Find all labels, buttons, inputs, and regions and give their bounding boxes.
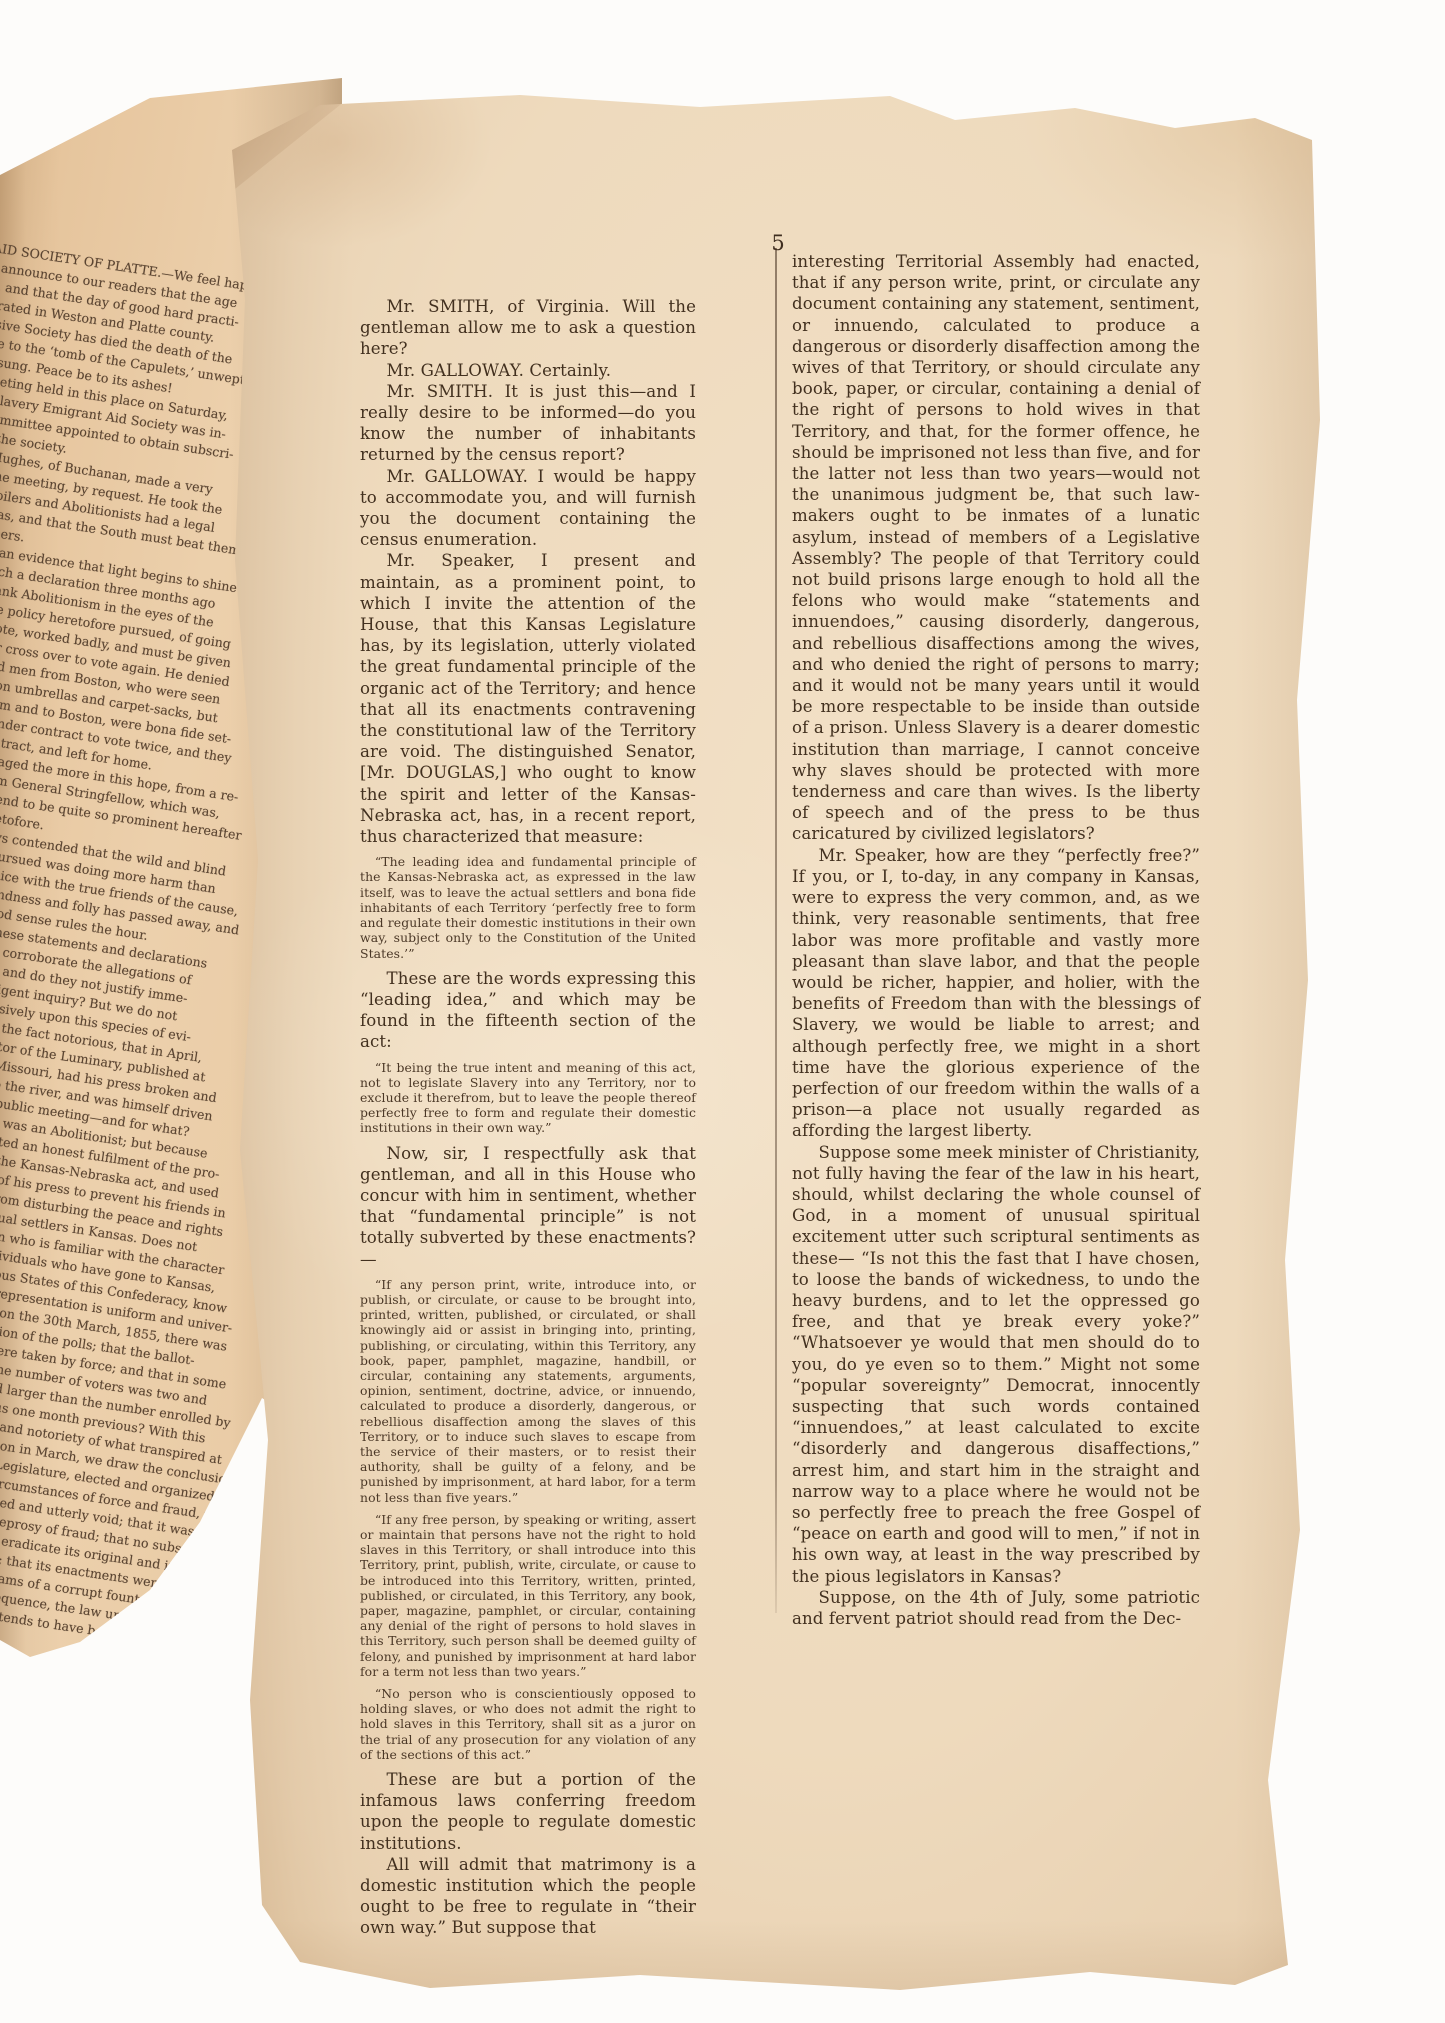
paragraph: “No person who is conscientiously oppose…	[360, 1686, 696, 1762]
paragraph: All will admit that matrimony is a domes…	[360, 1854, 696, 1939]
paragraph: “The leading idea and fundamental princi…	[360, 854, 696, 960]
paragraph: Mr. SMITH, of Virginia. Will the gentlem…	[360, 296, 696, 360]
paragraph: Mr. Speaker, how are they “perfectly fre…	[792, 845, 1200, 1142]
paragraph: Now, sir, I respectfully ask that gentle…	[360, 1143, 696, 1270]
column-divider	[775, 248, 777, 1613]
paragraph: Suppose some meek minister of Christiani…	[792, 1142, 1200, 1587]
paragraph: “If any free person, by speaking or writ…	[360, 1512, 696, 1679]
page-number: 5	[763, 231, 793, 255]
paragraph: These are but a portion of the infamous …	[360, 1769, 696, 1854]
paragraph: Mr. GALLOWAY. I would be happy to accomm…	[360, 466, 696, 551]
pamphlet-page: 5 Mr. SMITH, of Virginia. Will the gentl…	[215, 85, 1330, 2000]
paragraph: “It being the true intent and meaning of…	[360, 1060, 696, 1136]
right-column: interesting Territorial Assembly had ena…	[792, 251, 1200, 1629]
left-column: Mr. SMITH, of Virginia. Will the gentlem…	[360, 296, 696, 1939]
paragraph: Mr. GALLOWAY. Certainly.	[360, 360, 696, 381]
paragraph: interesting Territorial Assembly had ena…	[792, 251, 1200, 845]
paragraph: Suppose, on the 4th of July, some patrio…	[792, 1587, 1200, 1629]
paragraph: “If any person print, write, introduce i…	[360, 1277, 696, 1505]
photo-of-pamphlet: { "colors": { "paper_main": "#eedabd", "…	[0, 0, 1445, 2023]
paragraph: Mr. SMITH. It is just this—and I really …	[360, 381, 696, 466]
paragraph: Mr. Speaker, I present and maintain, as …	[360, 550, 696, 847]
paragraph: These are the words expressing this “lea…	[360, 968, 696, 1053]
